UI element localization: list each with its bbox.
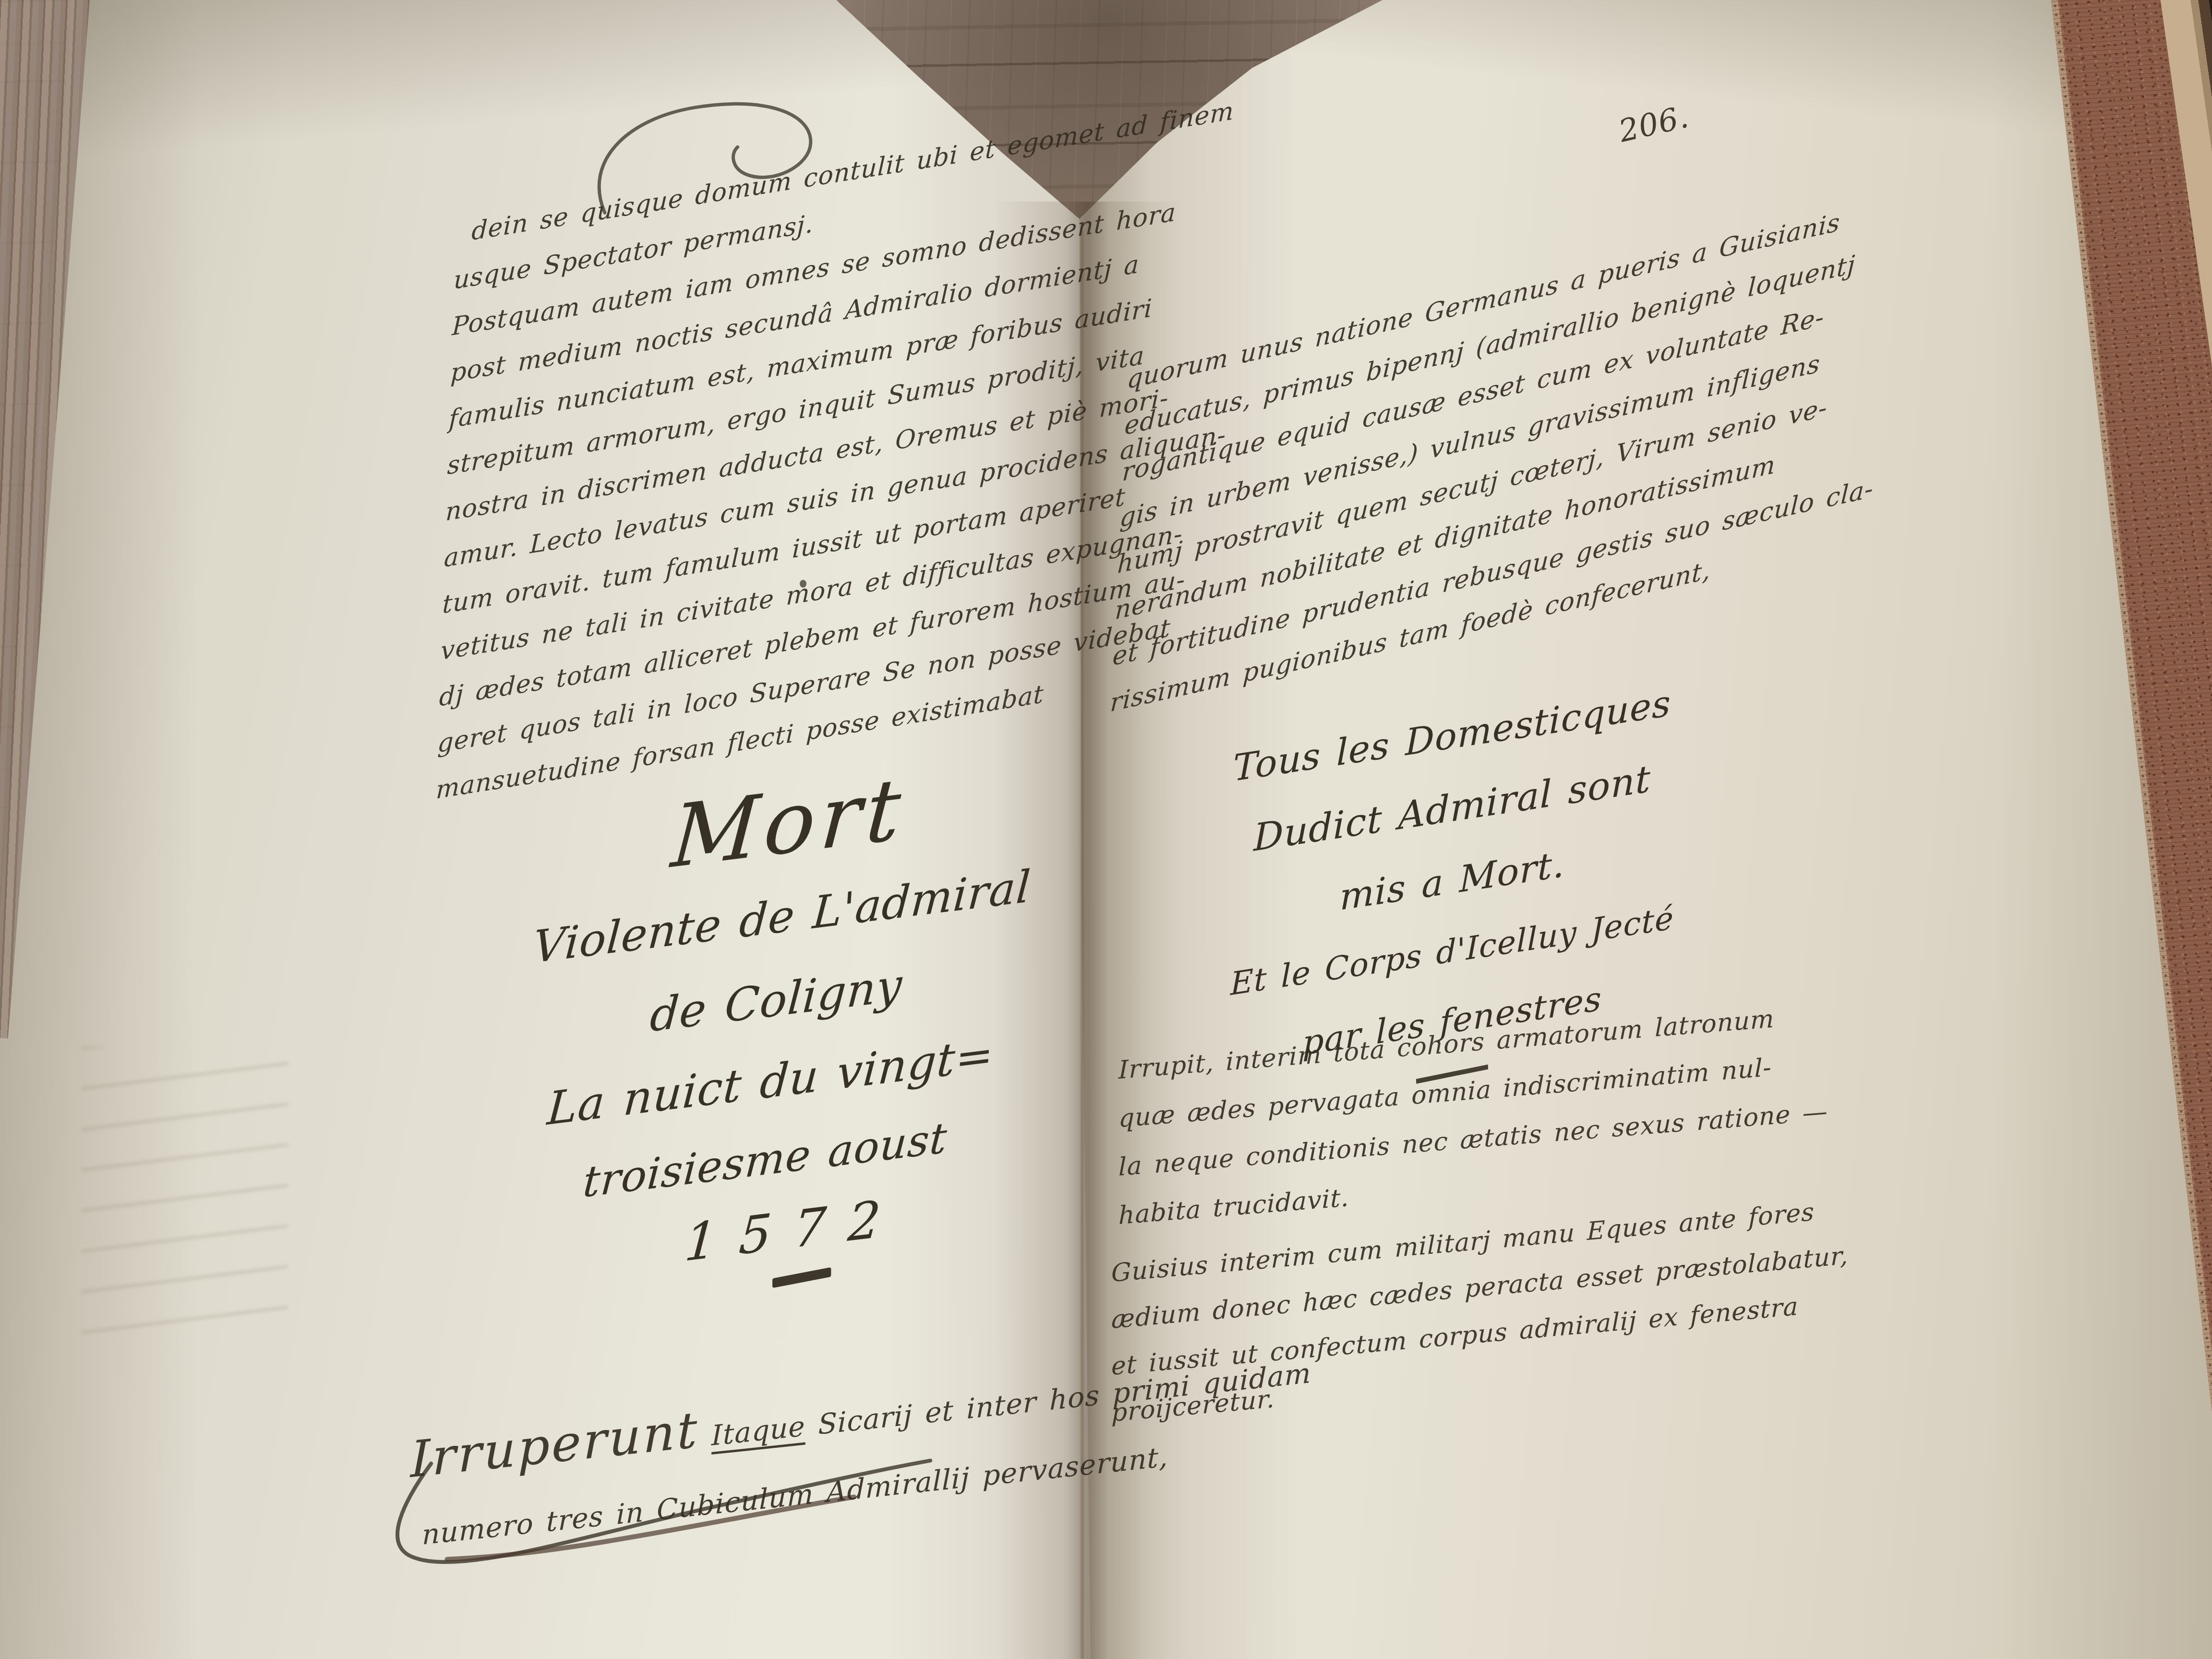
photo-canvas: dein se quisque domum contulit ubi et eg… — [0, 0, 2212, 1659]
left-section-heading: MortViolente de L'admiralde ColignyLa nu… — [396, 728, 1152, 1332]
underlined-word: Itaque — [711, 1410, 805, 1453]
ink-show-through — [82, 1046, 288, 1344]
